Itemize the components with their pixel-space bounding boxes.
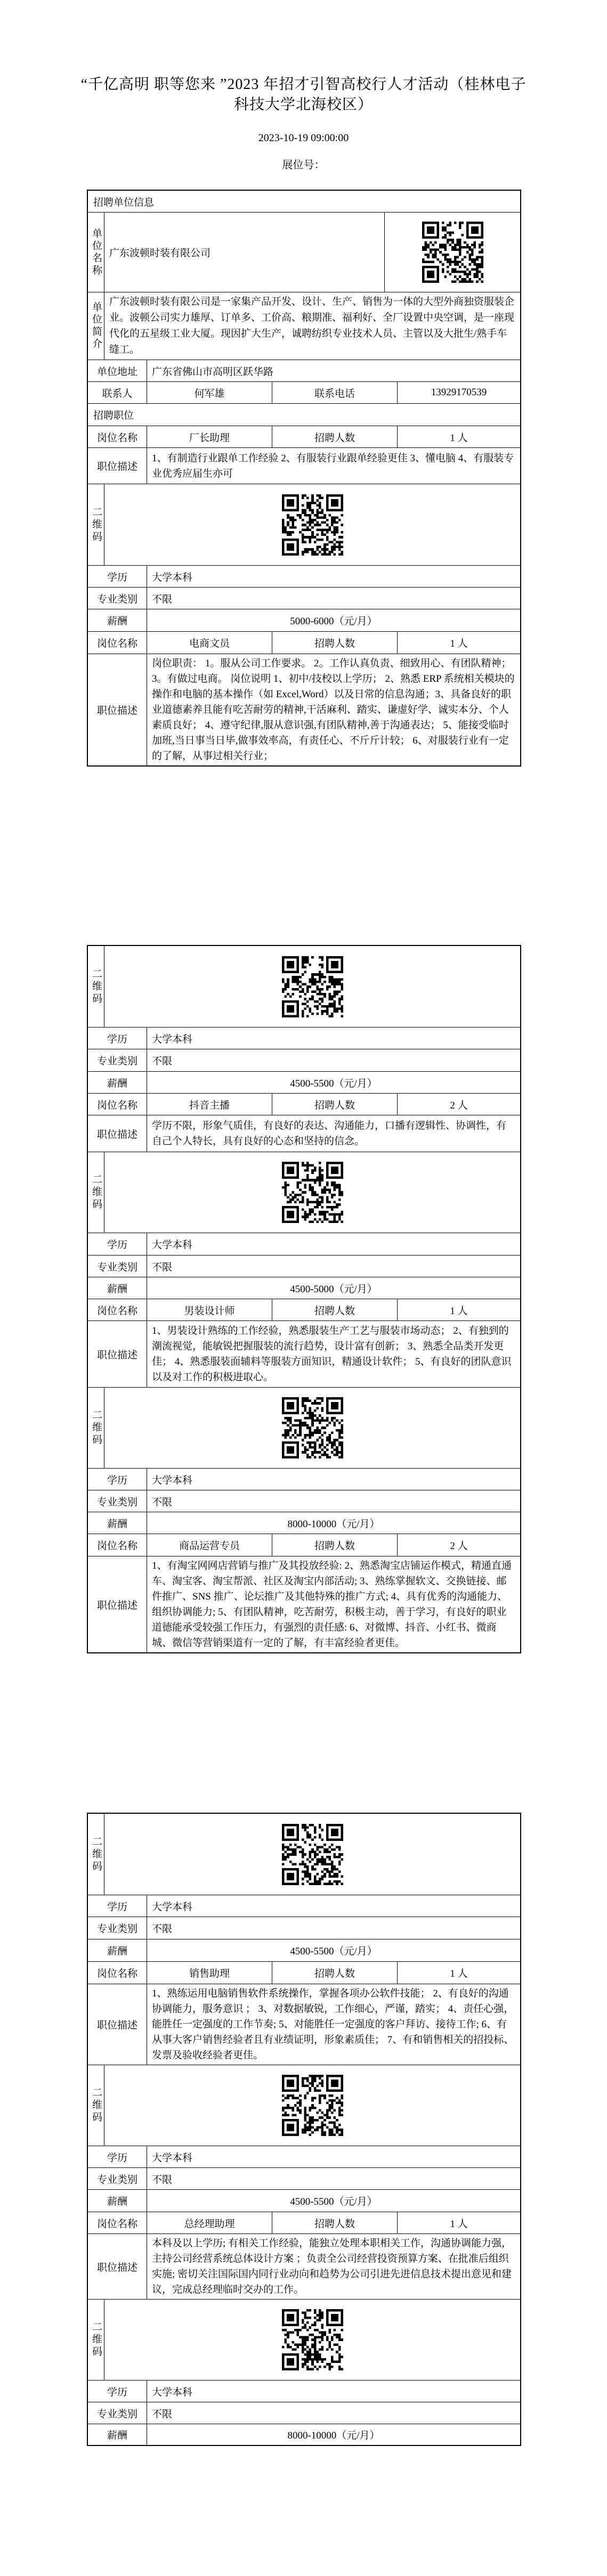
- headcount-label: 招聘人数: [272, 1534, 397, 1556]
- job3-headcount: 2 人: [397, 1094, 520, 1115]
- job1-qr-cell: [104, 484, 520, 565]
- job2-major-row: 专业类别 不限: [88, 1049, 520, 1071]
- education-label: 学历: [88, 2381, 147, 2402]
- headcount-label: 招聘人数: [272, 2212, 397, 2233]
- job3-education: 大学本科: [147, 1233, 520, 1255]
- description-label: 职位描述: [88, 1984, 147, 2065]
- job4-qr-code-icon: [282, 1397, 343, 1458]
- job4-position-row: 岗位名称 男装设计师 招聘人数 1 人: [88, 1299, 520, 1320]
- company-address-value: 广东省佛山市高明区跃华路: [147, 360, 520, 381]
- job7-major-row: 专业类别 不限: [88, 2402, 520, 2424]
- job2-qr-code-icon: [282, 956, 343, 1017]
- salary-label: 薪酬: [88, 2424, 147, 2445]
- job3-description-row: 职位描述 学历不限，形象气质佳，有良好的表达、沟通能力，口播有逻辑性、协调性，有…: [88, 1115, 520, 1152]
- company-name-row: 单位名称 广东波顿时装有限公司: [88, 212, 520, 292]
- salary-label: 薪酬: [88, 1939, 147, 1961]
- company-intro-value: 广东波顿时装有限公司是一家集产品开发、设计、生产、销售为一体的大型外商独资服装企…: [104, 292, 520, 360]
- job7-education: 大学本科: [147, 2381, 520, 2402]
- qr-label: 二维码: [89, 507, 103, 543]
- qr-label-cell: 二维码: [88, 1814, 104, 1895]
- page3-table: 二维码 学历 大学本科 专业类别 不限 薪酬 4500-5500（元/月） 岗位…: [87, 1813, 521, 2446]
- job3-position-row: 岗位名称 抖音主播 招聘人数 2 人: [88, 1093, 520, 1115]
- job1-major: 不限: [147, 588, 520, 609]
- job1-education: 大学本科: [147, 566, 520, 587]
- job3-qr-cell: [104, 1152, 520, 1233]
- company-name-value: 广东波顿时装有限公司: [104, 213, 384, 292]
- job5-description-row: 职位描述 1、有淘宝网网店营销与推广及其投放经验: 2、熟悉淘宝店铺运作模式，精…: [88, 1556, 520, 1652]
- job2-qr-row: 二维码: [88, 946, 520, 1027]
- job7-salary: 8000-10000（元/月）: [147, 2424, 520, 2445]
- salary-label: 薪酬: [88, 1072, 147, 1093]
- company-name-label: 单位名称: [89, 228, 103, 277]
- job3-education-row: 学历 大学本科: [88, 1233, 520, 1255]
- job3-qr-code-icon: [282, 1162, 343, 1223]
- education-label: 学历: [88, 1895, 147, 1917]
- job4-major: 不限: [147, 1490, 520, 1512]
- job5-qr-code-icon: [282, 1824, 343, 1885]
- job5-headcount: 2 人: [397, 1534, 520, 1556]
- company-contact-row: 联系人 何军雄 联系电话 13929170539: [88, 381, 520, 403]
- job4-description: 1、男装设计熟练的工作经验，熟悉服装生产工艺与服装市场动态； 2、有独到的潮流视…: [147, 1321, 520, 1387]
- job6-salary-row: 薪酬 4500-5500（元/月）: [88, 2189, 520, 2212]
- headcount-label: 招聘人数: [272, 1962, 397, 1984]
- company-intro-row: 单位简介 广东波顿时装有限公司是一家集产品开发、设计、生产、销售为一体的大型外商…: [88, 292, 520, 360]
- job7-qr-row: 二维码: [88, 2299, 520, 2380]
- qr-label-cell: 二维码: [88, 1152, 104, 1233]
- job1-salary: 5000-6000（元/月）: [147, 609, 520, 631]
- job5-qr-cell: [104, 1814, 520, 1895]
- qr-label-cell: 二维码: [88, 946, 104, 1027]
- job2-description: 岗位职责： 1。服从公司工作要求。 2。工作认真负责、细致用心、有团队精神； 3…: [147, 654, 520, 765]
- job6-qr-cell: [104, 2065, 520, 2146]
- job3-qr-row: 二维码: [88, 1152, 520, 1233]
- job6-education-row: 学历 大学本科: [88, 2146, 520, 2167]
- company-intro-label: 单位简介: [89, 301, 103, 350]
- job4-major-row: 专业类别 不限: [88, 1490, 520, 1512]
- qr-label: 二维码: [89, 2321, 103, 2358]
- major-label: 专业类别: [88, 1917, 147, 1939]
- job3-salary: 4500-5000（元/月）: [147, 1277, 520, 1299]
- job7-salary-row: 薪酬 8000-10000（元/月）: [88, 2424, 520, 2445]
- job7-education-row: 学历 大学本科: [88, 2380, 520, 2402]
- job3-major: 不限: [147, 1256, 520, 1277]
- description-label: 职位描述: [88, 1321, 147, 1387]
- qr-label: 二维码: [89, 2087, 103, 2124]
- job5-major: 不限: [147, 1917, 520, 1939]
- job6-description: 1、熟练运用电脑销售软件系统操作，掌握各项办公软件技能； 2、有良好的沟通协调能…: [147, 1984, 520, 2065]
- major-label: 专业类别: [88, 1490, 147, 1512]
- phone-label: 联系电话: [272, 382, 397, 403]
- job6-major: 不限: [147, 2168, 520, 2189]
- company-section-header-row: 招聘单位信息: [88, 191, 520, 212]
- job4-headcount: 1 人: [397, 1299, 520, 1320]
- headcount-label: 招聘人数: [272, 426, 397, 447]
- major-label: 专业类别: [88, 1256, 147, 1277]
- job2-salary-row: 薪酬 4500-5500（元/月）: [88, 1071, 520, 1093]
- event-datetime: 2023-10-19 09:00:00: [0, 132, 607, 144]
- company-address-row: 单位地址 广东省佛山市高明区跃华路: [88, 360, 520, 381]
- description-label: 职位描述: [88, 2234, 147, 2299]
- description-label: 职位描述: [88, 654, 147, 765]
- job4-qr-row: 二维码: [88, 1387, 520, 1468]
- education-label: 学历: [88, 566, 147, 587]
- salary-label: 薪酬: [88, 1512, 147, 1534]
- salary-label: 薪酬: [88, 609, 147, 631]
- job6-salary: 4500-5500（元/月）: [147, 2190, 520, 2212]
- qr-label-cell: 二维码: [88, 2300, 104, 2380]
- booth-number-label: 展位号：: [0, 159, 607, 171]
- job4-qr-cell: [104, 1388, 520, 1468]
- job4-position-name: 男装设计师: [147, 1299, 272, 1320]
- job6-description-row: 职位描述 1、熟练运用电脑销售软件系统操作，掌握各项办公软件技能； 2、有良好的…: [88, 1984, 520, 2065]
- page2-table: 二维码 学历 大学本科 专业类别 不限 薪酬 4500-5500（元/月） 岗位…: [87, 945, 521, 1653]
- headcount-label: 招聘人数: [272, 632, 397, 654]
- job7-position-row: 岗位名称 总经理助理 招聘人数 1 人: [88, 2212, 520, 2233]
- recruitment-document: “千亿高明 职等您来 ”2023 年招才引智高校行人才活动（桂林电子科技大学北海…: [0, 0, 607, 2576]
- major-label: 专业类别: [88, 2402, 147, 2424]
- job5-salary: 4500-5500（元/月）: [147, 1939, 520, 1961]
- job7-headcount: 1 人: [397, 2212, 520, 2233]
- headcount-label: 招聘人数: [272, 1299, 397, 1320]
- education-label: 学历: [88, 1469, 147, 1490]
- position-label: 岗位名称: [88, 1299, 147, 1320]
- qr-label-cell: 二维码: [88, 2065, 104, 2146]
- job6-qr-code-icon: [282, 2075, 343, 2136]
- job6-headcount: 1 人: [397, 1962, 520, 1984]
- job2-qr-cell: [104, 946, 520, 1027]
- job5-position-name: 商品运营专员: [147, 1534, 272, 1556]
- position-label: 岗位名称: [88, 1534, 147, 1556]
- job1-education-row: 学历 大学本科: [88, 565, 520, 587]
- job2-salary: 4500-5500（元/月）: [147, 1072, 520, 1093]
- phone-value: 13929170539: [397, 382, 520, 403]
- job1-major-row: 专业类别 不限: [88, 587, 520, 609]
- job7-description-row: 职位描述 本科及以上学历; 有相关工作经验，能独立处理本职相关工作，沟通协调能力…: [88, 2233, 520, 2299]
- education-label: 学历: [88, 1028, 147, 1049]
- company-qr-cell: [384, 213, 520, 292]
- job6-education: 大学本科: [147, 2146, 520, 2167]
- qr-label: 二维码: [89, 968, 103, 1005]
- qr-label: 二维码: [89, 1836, 103, 1873]
- position-label: 岗位名称: [88, 426, 147, 447]
- company-address-label: 单位地址: [88, 360, 147, 381]
- job6-position-name: 销售助理: [147, 1962, 272, 1984]
- position-label: 岗位名称: [88, 2212, 147, 2233]
- job3-salary-row: 薪酬 4500-5000（元/月）: [88, 1277, 520, 1299]
- position-label: 岗位名称: [88, 1962, 147, 1984]
- job4-description-row: 职位描述 1、男装设计熟练的工作经验，熟悉服装生产工艺与服装市场动态； 2、有独…: [88, 1320, 520, 1387]
- job2-description-row: 职位描述 岗位职责： 1。服从公司工作要求。 2。工作认真负责、细致用心、有团队…: [88, 654, 520, 765]
- job2-position-name: 电商文员: [147, 632, 272, 654]
- salary-label: 薪酬: [88, 2190, 147, 2212]
- job6-major-row: 专业类别 不限: [88, 2167, 520, 2189]
- job5-education-row: 学历 大学本科: [88, 1895, 520, 1917]
- position-label: 岗位名称: [88, 1094, 147, 1115]
- job5-major-row: 专业类别 不限: [88, 1917, 520, 1939]
- jobs-section-title: 招聘职位: [88, 404, 520, 426]
- job3-major-row: 专业类别 不限: [88, 1255, 520, 1277]
- job1-salary-row: 薪酬 5000-6000（元/月）: [88, 609, 520, 631]
- major-label: 专业类别: [88, 588, 147, 609]
- major-label: 专业类别: [88, 2168, 147, 2189]
- qr-label: 二维码: [89, 1409, 103, 1446]
- job1-description: 1、有制造行业跟单工作经验 2、有服装行业跟单经验更佳 3、懂电脑 4、有服装专…: [147, 448, 520, 484]
- job1-headcount: 1 人: [397, 426, 520, 447]
- salary-label: 薪酬: [88, 1277, 147, 1299]
- qr-label-cell: 二维码: [88, 484, 104, 565]
- description-label: 职位描述: [88, 448, 147, 484]
- job7-qr-code-icon: [282, 2309, 343, 2370]
- job5-description: 1、有淘宝网网店营销与推广及其投放经验: 2、熟悉淘宝店铺运作模式，精通直通车、…: [147, 1556, 520, 1652]
- major-label: 专业类别: [88, 1049, 147, 1071]
- page1-table: 招聘单位信息 单位名称 广东波顿时装有限公司 单位简介 广东波顿时装有限公司是一…: [87, 190, 521, 767]
- job4-salary: 8000-10000（元/月）: [147, 1512, 520, 1534]
- job5-qr-row: 二维码: [88, 1814, 520, 1895]
- description-label: 职位描述: [88, 1556, 147, 1652]
- job1-position-name: 厂长助理: [147, 426, 272, 447]
- contact-label: 联系人: [88, 382, 147, 403]
- headcount-label: 招聘人数: [272, 1094, 397, 1115]
- job1-position-row: 岗位名称 厂长助理 招聘人数 1 人: [88, 426, 520, 447]
- job6-position-row: 岗位名称 销售助理 招聘人数 1 人: [88, 1961, 520, 1984]
- job2-education-row: 学历 大学本科: [88, 1027, 520, 1049]
- job3-description: 学历不限，形象气质佳，有良好的表达、沟通能力，口播有逻辑性、协调性，有自己个人特…: [147, 1115, 520, 1152]
- contact-value: 何军雄: [147, 382, 272, 403]
- job2-major: 不限: [147, 1049, 520, 1071]
- company-name-label-cell: 单位名称: [88, 213, 104, 292]
- education-label: 学历: [88, 2146, 147, 2167]
- position-label: 岗位名称: [88, 632, 147, 654]
- description-label: 职位描述: [88, 1115, 147, 1152]
- job7-major: 不限: [147, 2402, 520, 2424]
- qr-label: 二维码: [89, 1174, 103, 1211]
- job5-position-row: 岗位名称 商品运营专员 招聘人数 2 人: [88, 1534, 520, 1556]
- job1-description-row: 职位描述 1、有制造行业跟单工作经验 2、有服装行业跟单经验更佳 3、懂电脑 4…: [88, 447, 520, 484]
- education-label: 学历: [88, 1233, 147, 1255]
- jobs-section-header-row: 招聘职位: [88, 403, 520, 426]
- job7-description: 本科及以上学历; 有相关工作经验，能独立处理本职相关工作，沟通协调能力强，主持公…: [147, 2234, 520, 2299]
- job1-qr-row: 二维码: [88, 484, 520, 565]
- job6-qr-row: 二维码: [88, 2065, 520, 2146]
- job7-position-name: 总经理助理: [147, 2212, 272, 2233]
- job5-salary-row: 薪酬 4500-5500（元/月）: [88, 1939, 520, 1961]
- page-title: “千亿高明 职等您来 ”2023 年招才引智高校行人才活动（桂林电子科技大学北海…: [75, 75, 533, 115]
- job5-education: 大学本科: [147, 1895, 520, 1917]
- company-qr-code-icon: [422, 222, 483, 283]
- job7-qr-cell: [104, 2300, 520, 2380]
- job4-education-row: 学历 大学本科: [88, 1468, 520, 1490]
- job2-headcount: 1 人: [397, 632, 520, 654]
- job4-salary-row: 薪酬 8000-10000（元/月）: [88, 1512, 520, 1534]
- job3-position-name: 抖音主播: [147, 1094, 272, 1115]
- company-section-title: 招聘单位信息: [88, 191, 520, 212]
- job2-education: 大学本科: [147, 1028, 520, 1049]
- job4-education: 大学本科: [147, 1469, 520, 1490]
- job2-position-row: 岗位名称 电商文员 招聘人数 1 人: [88, 631, 520, 654]
- job1-qr-code-icon: [282, 494, 343, 556]
- qr-label-cell: 二维码: [88, 1388, 104, 1468]
- company-intro-label-cell: 单位简介: [88, 292, 104, 360]
